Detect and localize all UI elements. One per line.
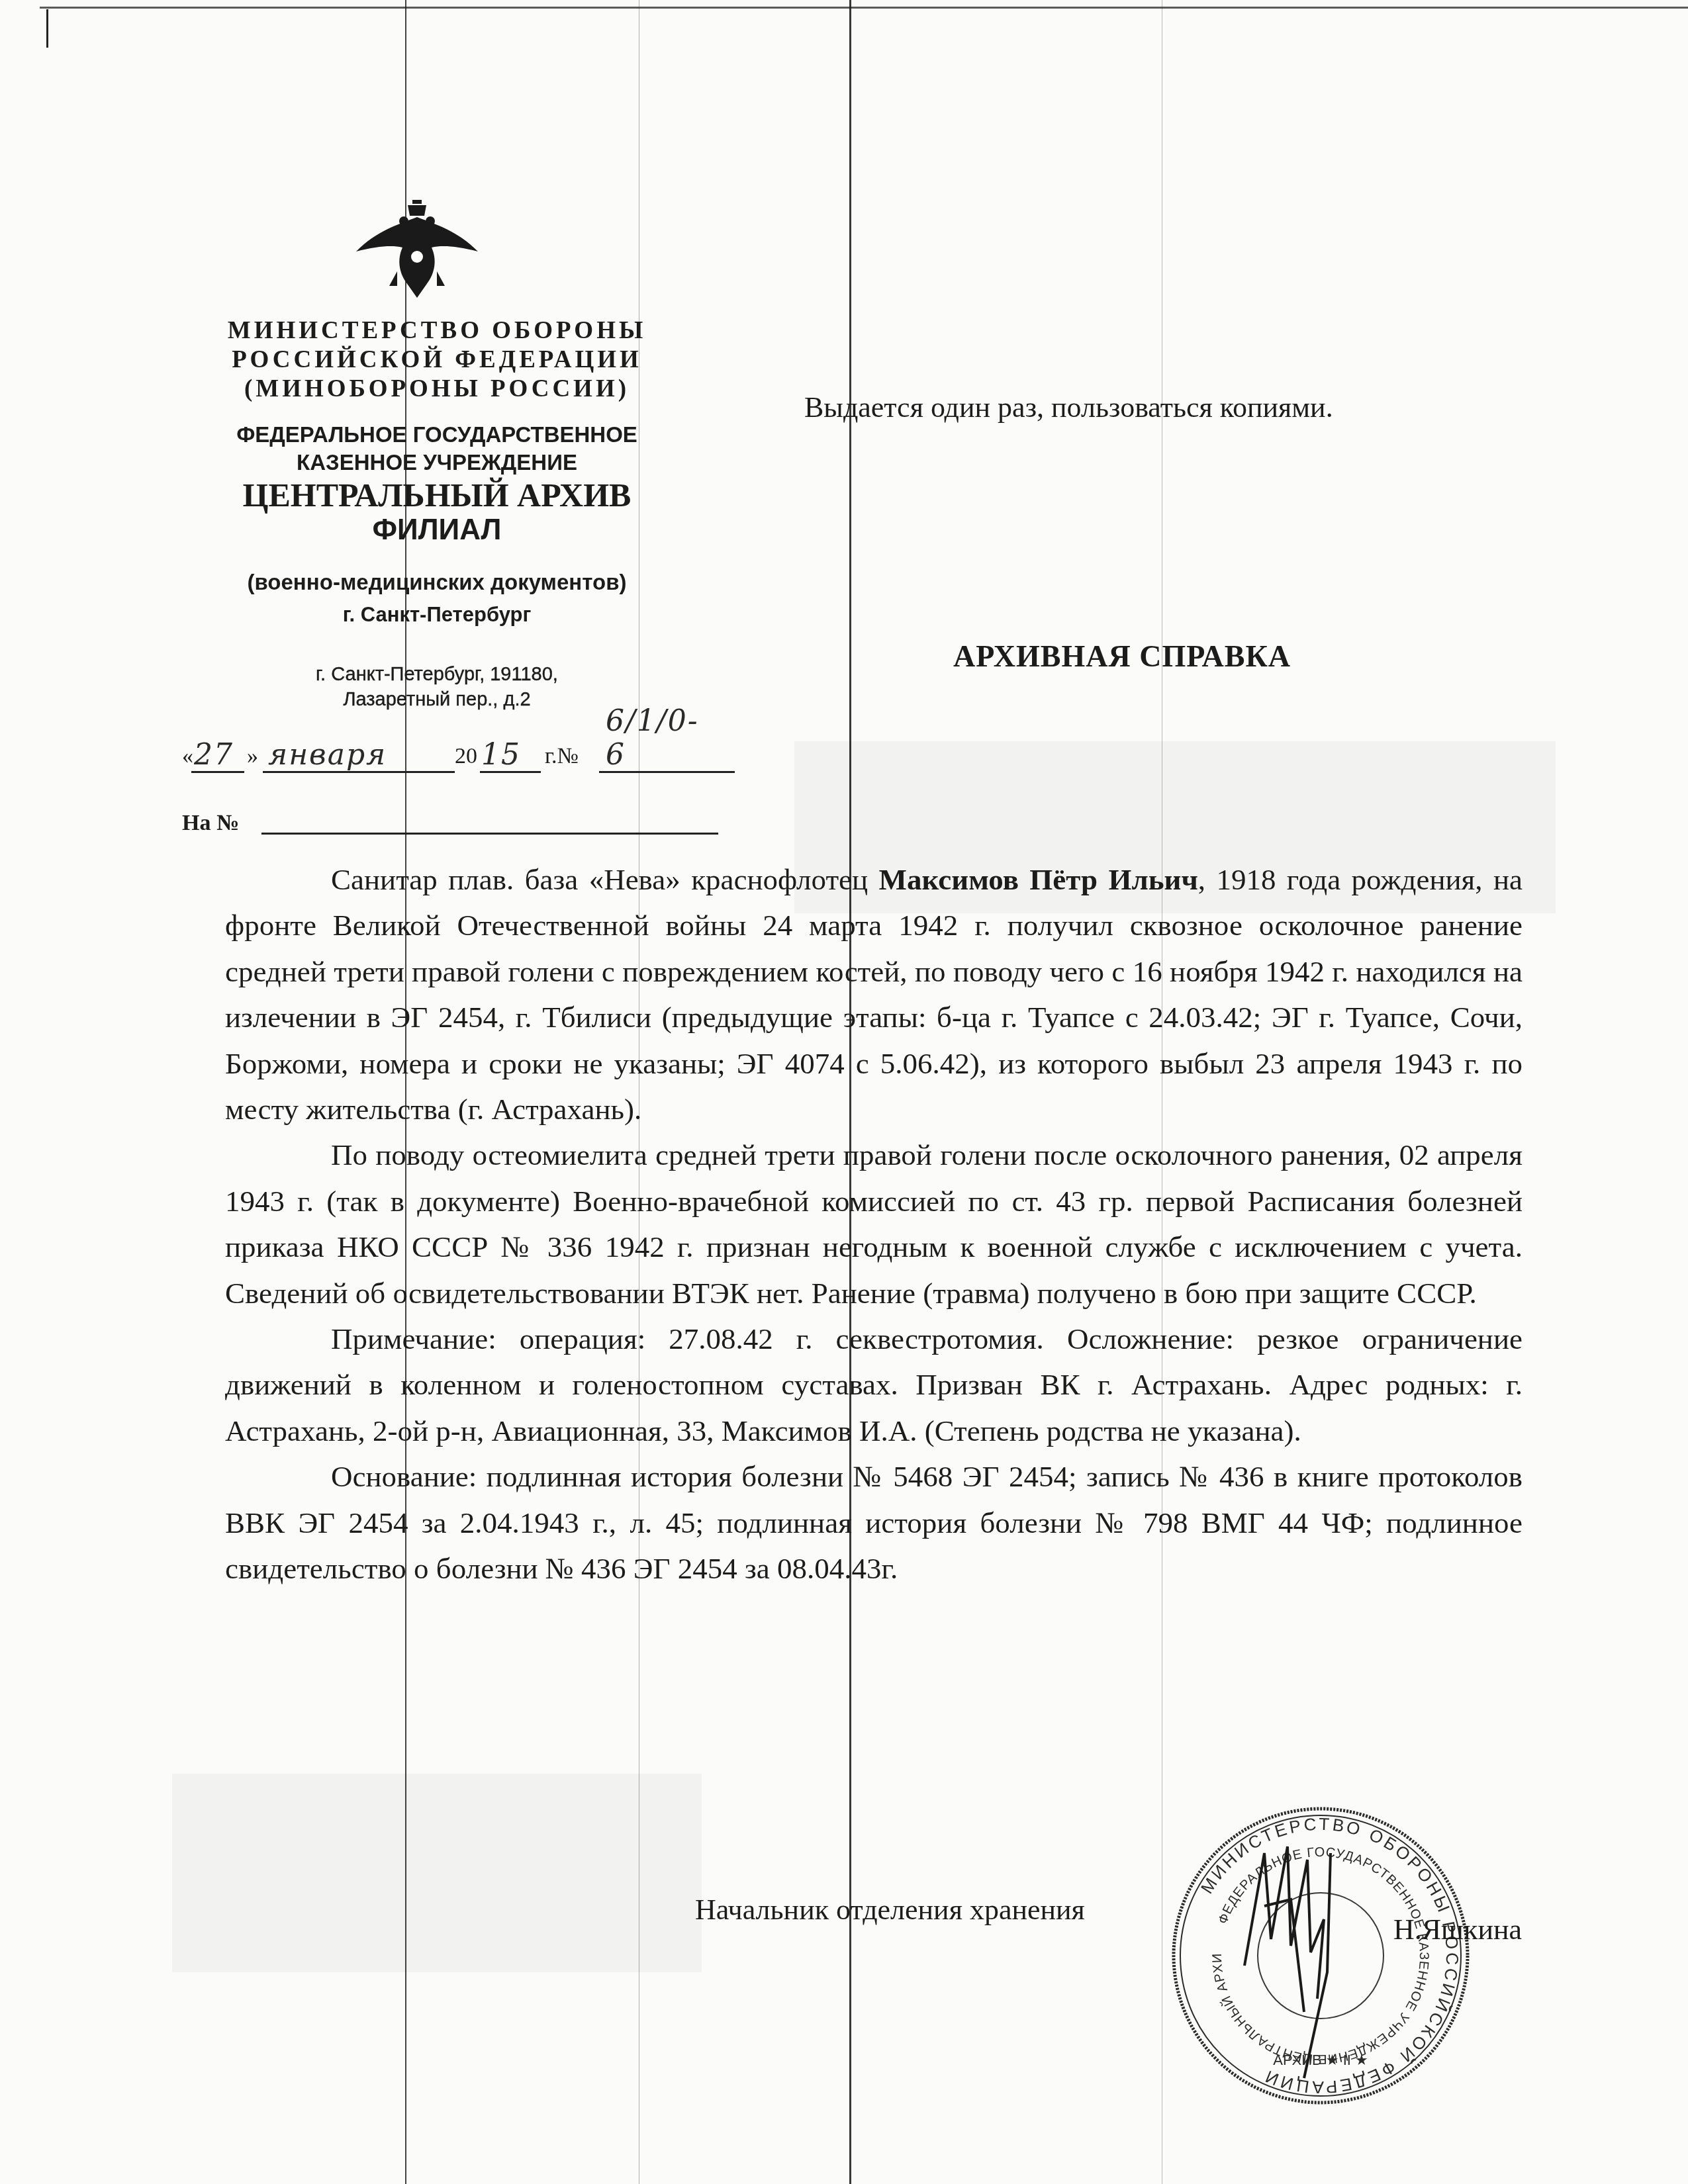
year-number-label: г.№ xyxy=(545,744,579,769)
number-underline xyxy=(599,771,735,773)
paragraph-medical-commission: По поводу остеомиелита средней трети пра… xyxy=(225,1132,1523,1316)
person-name: Максимов Пётр Ильич xyxy=(879,863,1198,896)
certificate-body: Санитар плав. база «Нева» краснофлотец М… xyxy=(225,857,1523,1592)
signatory-position: Начальник отделения хранения xyxy=(695,1893,1085,1927)
branch-name: ФИЛИАЛ xyxy=(179,514,695,547)
ministry-line: МИНИСТЕРСТВО ОБОРОНЫ xyxy=(179,316,695,345)
handwritten-year: 15 xyxy=(481,738,521,772)
address-line: г. Санкт-Петербург, 191180, xyxy=(179,662,695,687)
scan-corner-mark xyxy=(46,9,48,48)
reply-to-label: На № xyxy=(182,811,239,836)
double-headed-eagle-icon xyxy=(351,199,483,298)
institution-type: ФЕДЕРАЛЬНОЕ ГОСУДАРСТВЕННОЕ КАЗЕННОЕ УЧР… xyxy=(179,421,695,477)
copy-notice: Выдается один раз, пользоваться копиями. xyxy=(804,390,1333,424)
handwritten-day: 27 xyxy=(194,738,234,772)
paragraph-note: Примечание: операция: 27.08.42 г. секвес… xyxy=(225,1316,1523,1454)
institution-line: ФЕДЕРАЛЬНОЕ ГОСУДАРСТВЕННОЕ xyxy=(179,421,695,449)
scan-ghost-shadow xyxy=(172,1774,702,1972)
month-underline xyxy=(263,771,455,773)
year-prefix: 20 xyxy=(455,744,477,769)
paragraph-service-record: Санитар плав. база «Нева» краснофлотец М… xyxy=(225,857,1523,1132)
open-quote: « xyxy=(182,744,193,769)
handwritten-number: 6/1/0-6 xyxy=(606,704,712,772)
archive-name: ЦЕНТРАЛЬНЫЙ АРХИВ xyxy=(179,477,695,514)
handwritten-month: января xyxy=(268,738,387,772)
document-title: АРХИВНАЯ СПРАВКА xyxy=(953,639,1291,674)
date-number-line: « 27 » января 20 15 г.№ 6/1/0-6 xyxy=(182,735,712,774)
ministry-line: РОССИЙСКОЙ ФЕДЕРАЦИИ xyxy=(179,345,695,375)
day-underline xyxy=(191,771,244,773)
year-underline xyxy=(480,771,541,773)
official-seal-stamp-icon: МИНИСТЕРСТВО ОБОРОНЫ РОССИЙСКОЙ ФЕДЕРАЦИ… xyxy=(1165,1800,1476,2111)
institution-line: КАЗЕННОЕ УЧРЕЖДЕНИЕ xyxy=(179,449,695,477)
branch-subtitle: (военно-медицинских документов) xyxy=(179,569,695,596)
scan-top-edge xyxy=(40,7,1688,9)
paragraph-text: Санитар плав. база «Нева» краснофлотец xyxy=(331,863,879,896)
branch-city: г. Санкт-Петербург xyxy=(179,602,695,627)
ministry-name: МИНИСТЕРСТВО ОБОРОНЫ РОССИЙСКОЙ ФЕДЕРАЦИ… xyxy=(179,316,695,404)
signatory-name: Н.Яшкина xyxy=(1393,1913,1522,1946)
close-quote: » xyxy=(247,744,258,769)
ministry-line: (МИНОБОРОНЫ РОССИИ) xyxy=(179,375,695,404)
paragraph-basis: Основание: подлинная история болезни № 5… xyxy=(225,1454,1523,1592)
stamp-bottom-text: АРХИВ ★ II ★ xyxy=(1273,2052,1368,2068)
reply-to-underline xyxy=(261,833,718,835)
paragraph-text: , 1918 года рождения, на фронте Великой … xyxy=(225,863,1523,1126)
